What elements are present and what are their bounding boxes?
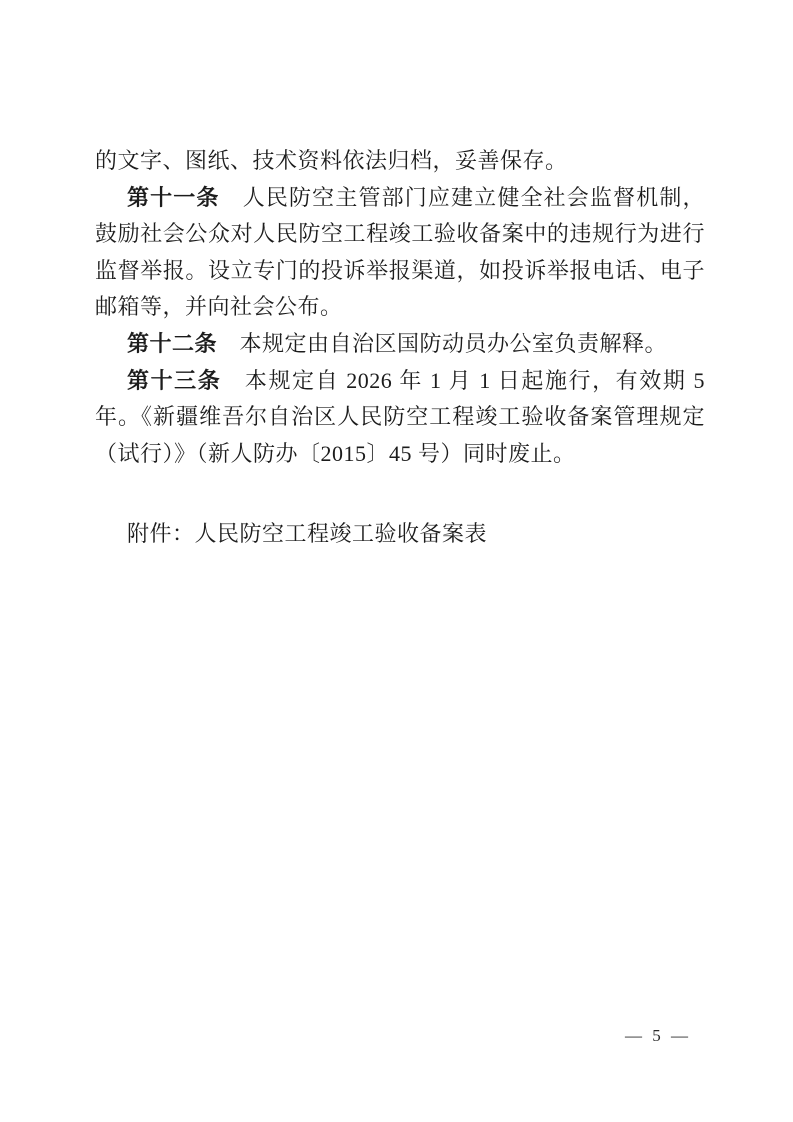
paragraph-continuation-text: 的文字、图纸、技术资料依法归档，妥善保存。 bbox=[95, 148, 568, 173]
page-number: — 5 — bbox=[598, 1026, 718, 1046]
paragraph-continuation: 的文字、图纸、技术资料依法归档，妥善保存。 bbox=[95, 143, 705, 180]
paragraph-article-11: 第十一条 人民防空主管部门应建立健全社会监督机制，鼓励社会公众对人民防空工程竣工… bbox=[95, 180, 705, 326]
paragraph-article-12: 第十二条 本规定由自治区国防动员办公室负责解释。 bbox=[95, 326, 705, 363]
article-11-label: 第十一条 bbox=[127, 185, 220, 210]
article-13-label: 第十三条 bbox=[127, 368, 221, 393]
document-page: 的文字、图纸、技术资料依法归档，妥善保存。 第十一条 人民防空主管部门应建立健全… bbox=[0, 0, 793, 1122]
attachment-note: 附件：人民防空工程竣工验收备案表 bbox=[95, 516, 705, 553]
paragraph-article-13: 第十三条 本规定自 2026 年 1 月 1 日起施行，有效期 5 年。《新疆维… bbox=[95, 363, 705, 473]
article-12-text: 本规定由自治区国防动员办公室负责解释。 bbox=[217, 331, 667, 356]
attachment-note-text: 附件：人民防空工程竣工验收备案表 bbox=[127, 521, 487, 546]
article-12-label: 第十二条 bbox=[127, 331, 217, 356]
document-body: 的文字、图纸、技术资料依法归档，妥善保存。 第十一条 人民防空主管部门应建立健全… bbox=[95, 143, 705, 553]
